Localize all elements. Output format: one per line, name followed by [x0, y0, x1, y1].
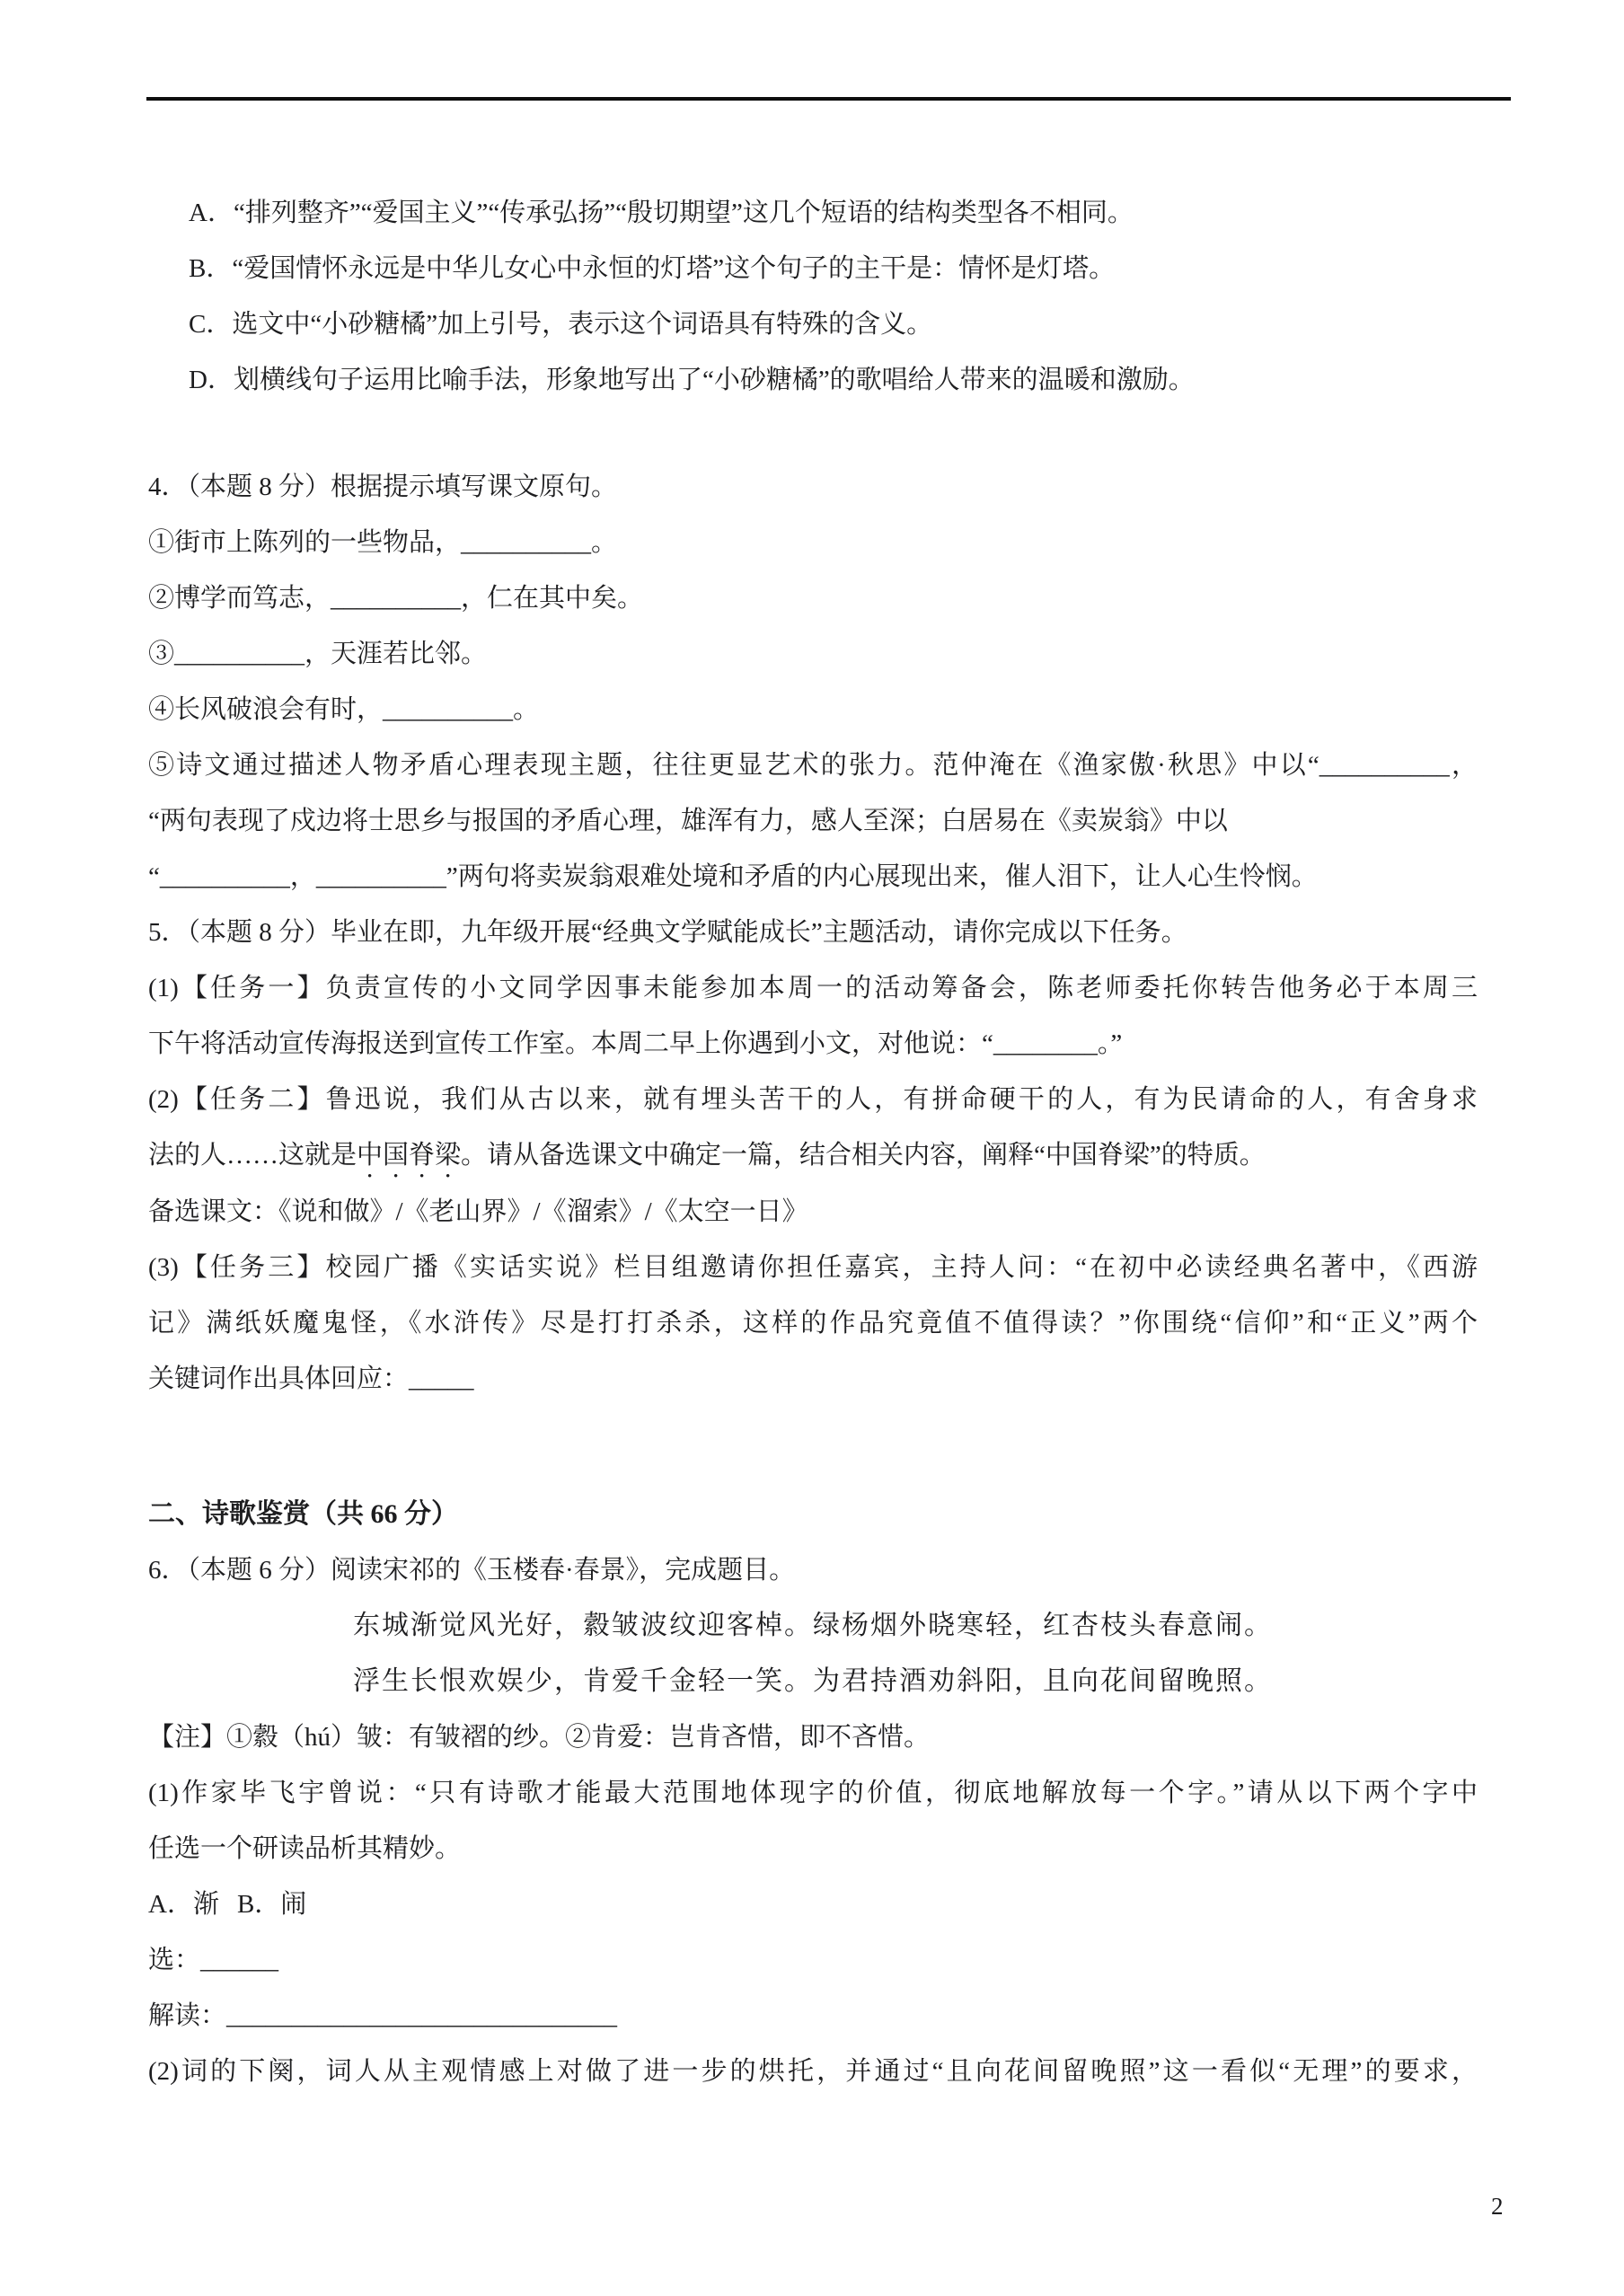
q5-task2-line-2-text: 法的人……这就是 [148, 1141, 357, 1170]
q5-task3-line-3: 关键词作出具体回应：_____ [148, 1351, 1478, 1407]
q5-task2-line-1: (2)【任务二】鲁迅说，我们从古以来，就有埋头苦干的人，有拼命硬干的人，有为民请… [148, 1072, 1478, 1127]
page-content: A．“排列整齐”“爱国主义”“传承弘扬”“殷切期望”这几个短语的结构类型各不相同… [148, 185, 1478, 2099]
q6-sub1-line-1: (1)作家毕飞宇曾说：“只有诗歌才能最大范围地体现字的价值，彻底地解放每一个字。… [148, 1765, 1478, 1821]
header-rule [146, 97, 1511, 101]
question-6-stem: 6．（本题 6 分）阅读宋祁的《玉楼春·春景》，完成题目。 [148, 1542, 1478, 1598]
page-number: 2 [1491, 2188, 1504, 2224]
q6-interpret-blank: 解读：______________________________ [148, 1988, 1478, 2044]
q4-blank-item-4: ④长风破浪会有时，__________。 [148, 682, 1478, 737]
poem-line-2: 浮生长恨欢娱少，肯爱千金轻一笑。为君持酒劝斜阳，且向花间留晚照。 [148, 1654, 1478, 1709]
q4-item-5-line-2: “两句表现了戍边将士思乡与报国的矛盾心理，雄浑有力，感人至深；白居易在《卖炭翁》… [148, 793, 1478, 849]
q6-sub1-line-2: 任选一个研读品析其精妙。 [148, 1821, 1478, 1877]
option-b: B．“爱国情怀永远是中华儿女心中永恒的灯塔”这个句子的主干是：情怀是灯塔。 [148, 241, 1478, 296]
q5-task1-line-1: (1)【任务一】负责宣传的小文同学因事未能参加本周一的活动筹备会，陈老师委托你转… [148, 960, 1478, 1016]
q4-blank-item-2: ②博学而笃志，__________，仁在其中矣。 [148, 570, 1478, 626]
q6-select-blank: 选：______ [148, 1932, 1478, 1988]
q5-task1-line-2: 下午将活动宣传海报送到宣传工作室。本周二早上你遇到小文，对他说：“_______… [148, 1016, 1478, 1072]
q5-candidate-texts: 备选课文：《说和做》/《老山界》/《溜索》/《太空一日》 [148, 1184, 1478, 1240]
q4-item-5-line-3: “__________，__________”两句将卖炭翁艰难处境和矛盾的内心展… [148, 849, 1478, 905]
question-4-stem: 4．（本题 8 分）根据提示填写课文原句。 [148, 459, 1478, 515]
q6-sub2-line: (2)词的下阕，词人从主观情感上对做了进一步的烘托，并通过“且向花间留晚照”这一… [148, 2044, 1478, 2099]
exam-paper-page: A．“排列整齐”“爱国主义”“传承弘扬”“殷切期望”这几个短语的结构类型各不相同… [0, 0, 1624, 2296]
q5-task2-emphasized-phrase: 中国脊梁 [357, 1141, 461, 1170]
option-d: D．划横线句子运用比喻手法，形象地写出了“小砂糖橘”的歌唱给人带来的温暖和激励。 [148, 352, 1478, 408]
poem-line-1: 东城渐觉风光好，縠皱波纹迎客棹。绿杨烟外晓寒轻，红杏枝头春意闹。 [148, 1598, 1478, 1654]
q5-task2-line-2: 法的人……这就是中国脊梁。请从备选课文中确定一篇，结合相关内容，阐释“中国脊梁”… [148, 1127, 1478, 1184]
q6-choices: A．渐B．闹 [148, 1877, 1478, 1932]
q5-task2-line-2-rest: 。请从备选课文中确定一篇，结合相关内容，阐释“中国脊梁”的特质。 [461, 1141, 1266, 1170]
poem-note: 【注】①縠（hú）皱：有皱褶的纱。②肯爱：岂肯吝惜，即不吝惜。 [148, 1709, 1478, 1765]
q5-task3-line-1: (3)【任务三】校园广播《实话实说》栏目组邀请你担任嘉宾，主持人问：“在初中必读… [148, 1240, 1478, 1295]
option-c: C．选文中“小砂糖橘”加上引号，表示这个词语具有特殊的含义。 [148, 296, 1478, 352]
option-a: A．“排列整齐”“爱国主义”“传承弘扬”“殷切期望”这几个短语的结构类型各不相同… [148, 185, 1478, 241]
q6-choice-b: B．闹 [237, 1890, 306, 1919]
question-5-stem: 5．（本题 8 分）毕业在即，九年级开展“经典文学赋能成长”主题活动，请你完成以… [148, 905, 1478, 960]
q6-choice-a: A．渐 [148, 1890, 219, 1919]
q4-item-5-line-1: ⑤诗文通过描述人物矛盾心理表现主题，往往更显艺术的张力。范仲淹在《渔家傲·秋思》… [148, 737, 1478, 793]
q4-blank-item-3: ③__________，天涯若比邻。 [148, 626, 1478, 682]
q5-task3-line-2: 记》满纸妖魔鬼怪，《水浒传》尽是打打杀杀，这样的作品究竟值不值得读？”你围绕“信… [148, 1295, 1478, 1351]
section-2-heading: 二、诗歌鉴赏（共 66 分） [148, 1487, 1478, 1542]
q4-blank-item-1: ①街市上陈列的一些物品，__________。 [148, 515, 1478, 570]
